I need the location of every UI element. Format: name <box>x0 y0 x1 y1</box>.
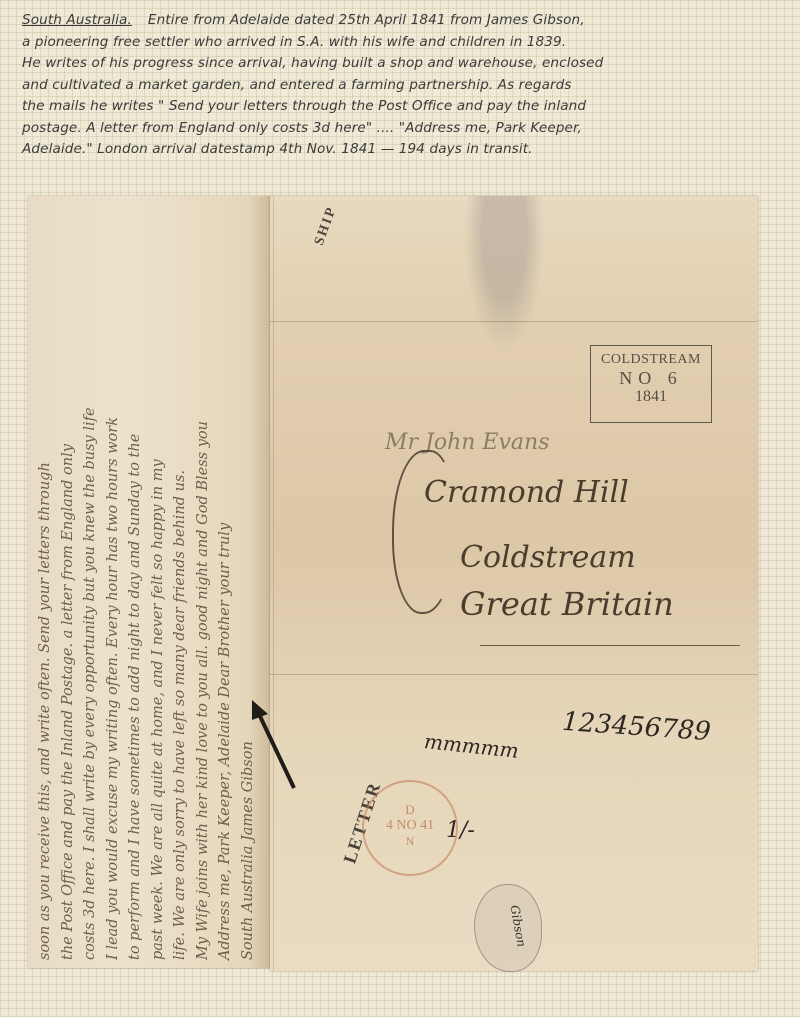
letter-line: past week. We are all quite at home, and… <box>147 200 170 960</box>
coldstream-datestamp: COLDSTREAM NO 6 1841 <box>590 345 712 423</box>
letter-line: My Wife joins with her kind love to you … <box>192 200 215 960</box>
caption-title: South Australia. <box>22 12 132 28</box>
address-line: Cramond Hill <box>424 475 629 510</box>
caption-line: and cultivated a market garden, and ente… <box>22 75 782 97</box>
letter-line: Address me, Park Keeper, Adelaide Dear B… <box>214 200 237 960</box>
arrival-stamp-date: 4 NO 41 <box>364 818 456 834</box>
caption-line: He writes of his progress since arrival,… <box>22 53 782 75</box>
letter-line: costs 3d here. I shall write by every op… <box>79 200 102 960</box>
address-line: Coldstream <box>460 540 636 575</box>
caption-line: a pioneering free settler who arrived in… <box>22 32 782 54</box>
caption-line: postage. A letter from England only cost… <box>22 118 782 140</box>
caption-line: Adelaide." London arrival datestamp 4th … <box>22 139 782 161</box>
fold-line <box>270 674 758 675</box>
addressee-name: Mr John Evans <box>385 430 550 455</box>
arrow-pointer-icon <box>244 700 324 800</box>
london-arrival-datestamp: D 4 NO 41 N <box>362 780 458 876</box>
letter-line: the Post Office and pay the Inland Posta… <box>57 200 80 960</box>
stamp-town: COLDSTREAM <box>591 352 711 368</box>
letter-line: soon as you receive this, and write ofte… <box>34 200 57 960</box>
address-underline <box>480 645 740 646</box>
manuscript-charge: 1/- <box>446 818 475 843</box>
seal-text: Gibson <box>508 904 529 948</box>
caption-line: Entire from Adelaide dated 25th April 18… <box>148 12 585 28</box>
album-caption: South Australia.Entire from Adelaide dat… <box>22 10 782 161</box>
arrival-stamp-bottom: N <box>364 834 456 849</box>
letter-line: I lead you would excuse my writing often… <box>102 200 125 960</box>
letter-handwriting: soon as you receive this, and write ofte… <box>34 200 259 960</box>
arrival-stamp-top: D <box>364 802 456 818</box>
letter-line: South Australia James Gibson <box>237 200 260 960</box>
fold-line <box>273 196 274 971</box>
caption-line: the mails he writes " Send your letters … <box>22 96 782 118</box>
letter-line: life. We are only sorry to have left so … <box>169 200 192 960</box>
wax-seal-remnant-icon: Gibson <box>474 884 542 972</box>
letter-line: to perform and I have sometimes to add n… <box>124 200 147 960</box>
stamp-year: 1841 <box>591 388 711 406</box>
address-line: Great Britain <box>460 585 674 623</box>
stamp-date: NO 6 <box>591 368 711 388</box>
fold-line <box>270 321 758 322</box>
